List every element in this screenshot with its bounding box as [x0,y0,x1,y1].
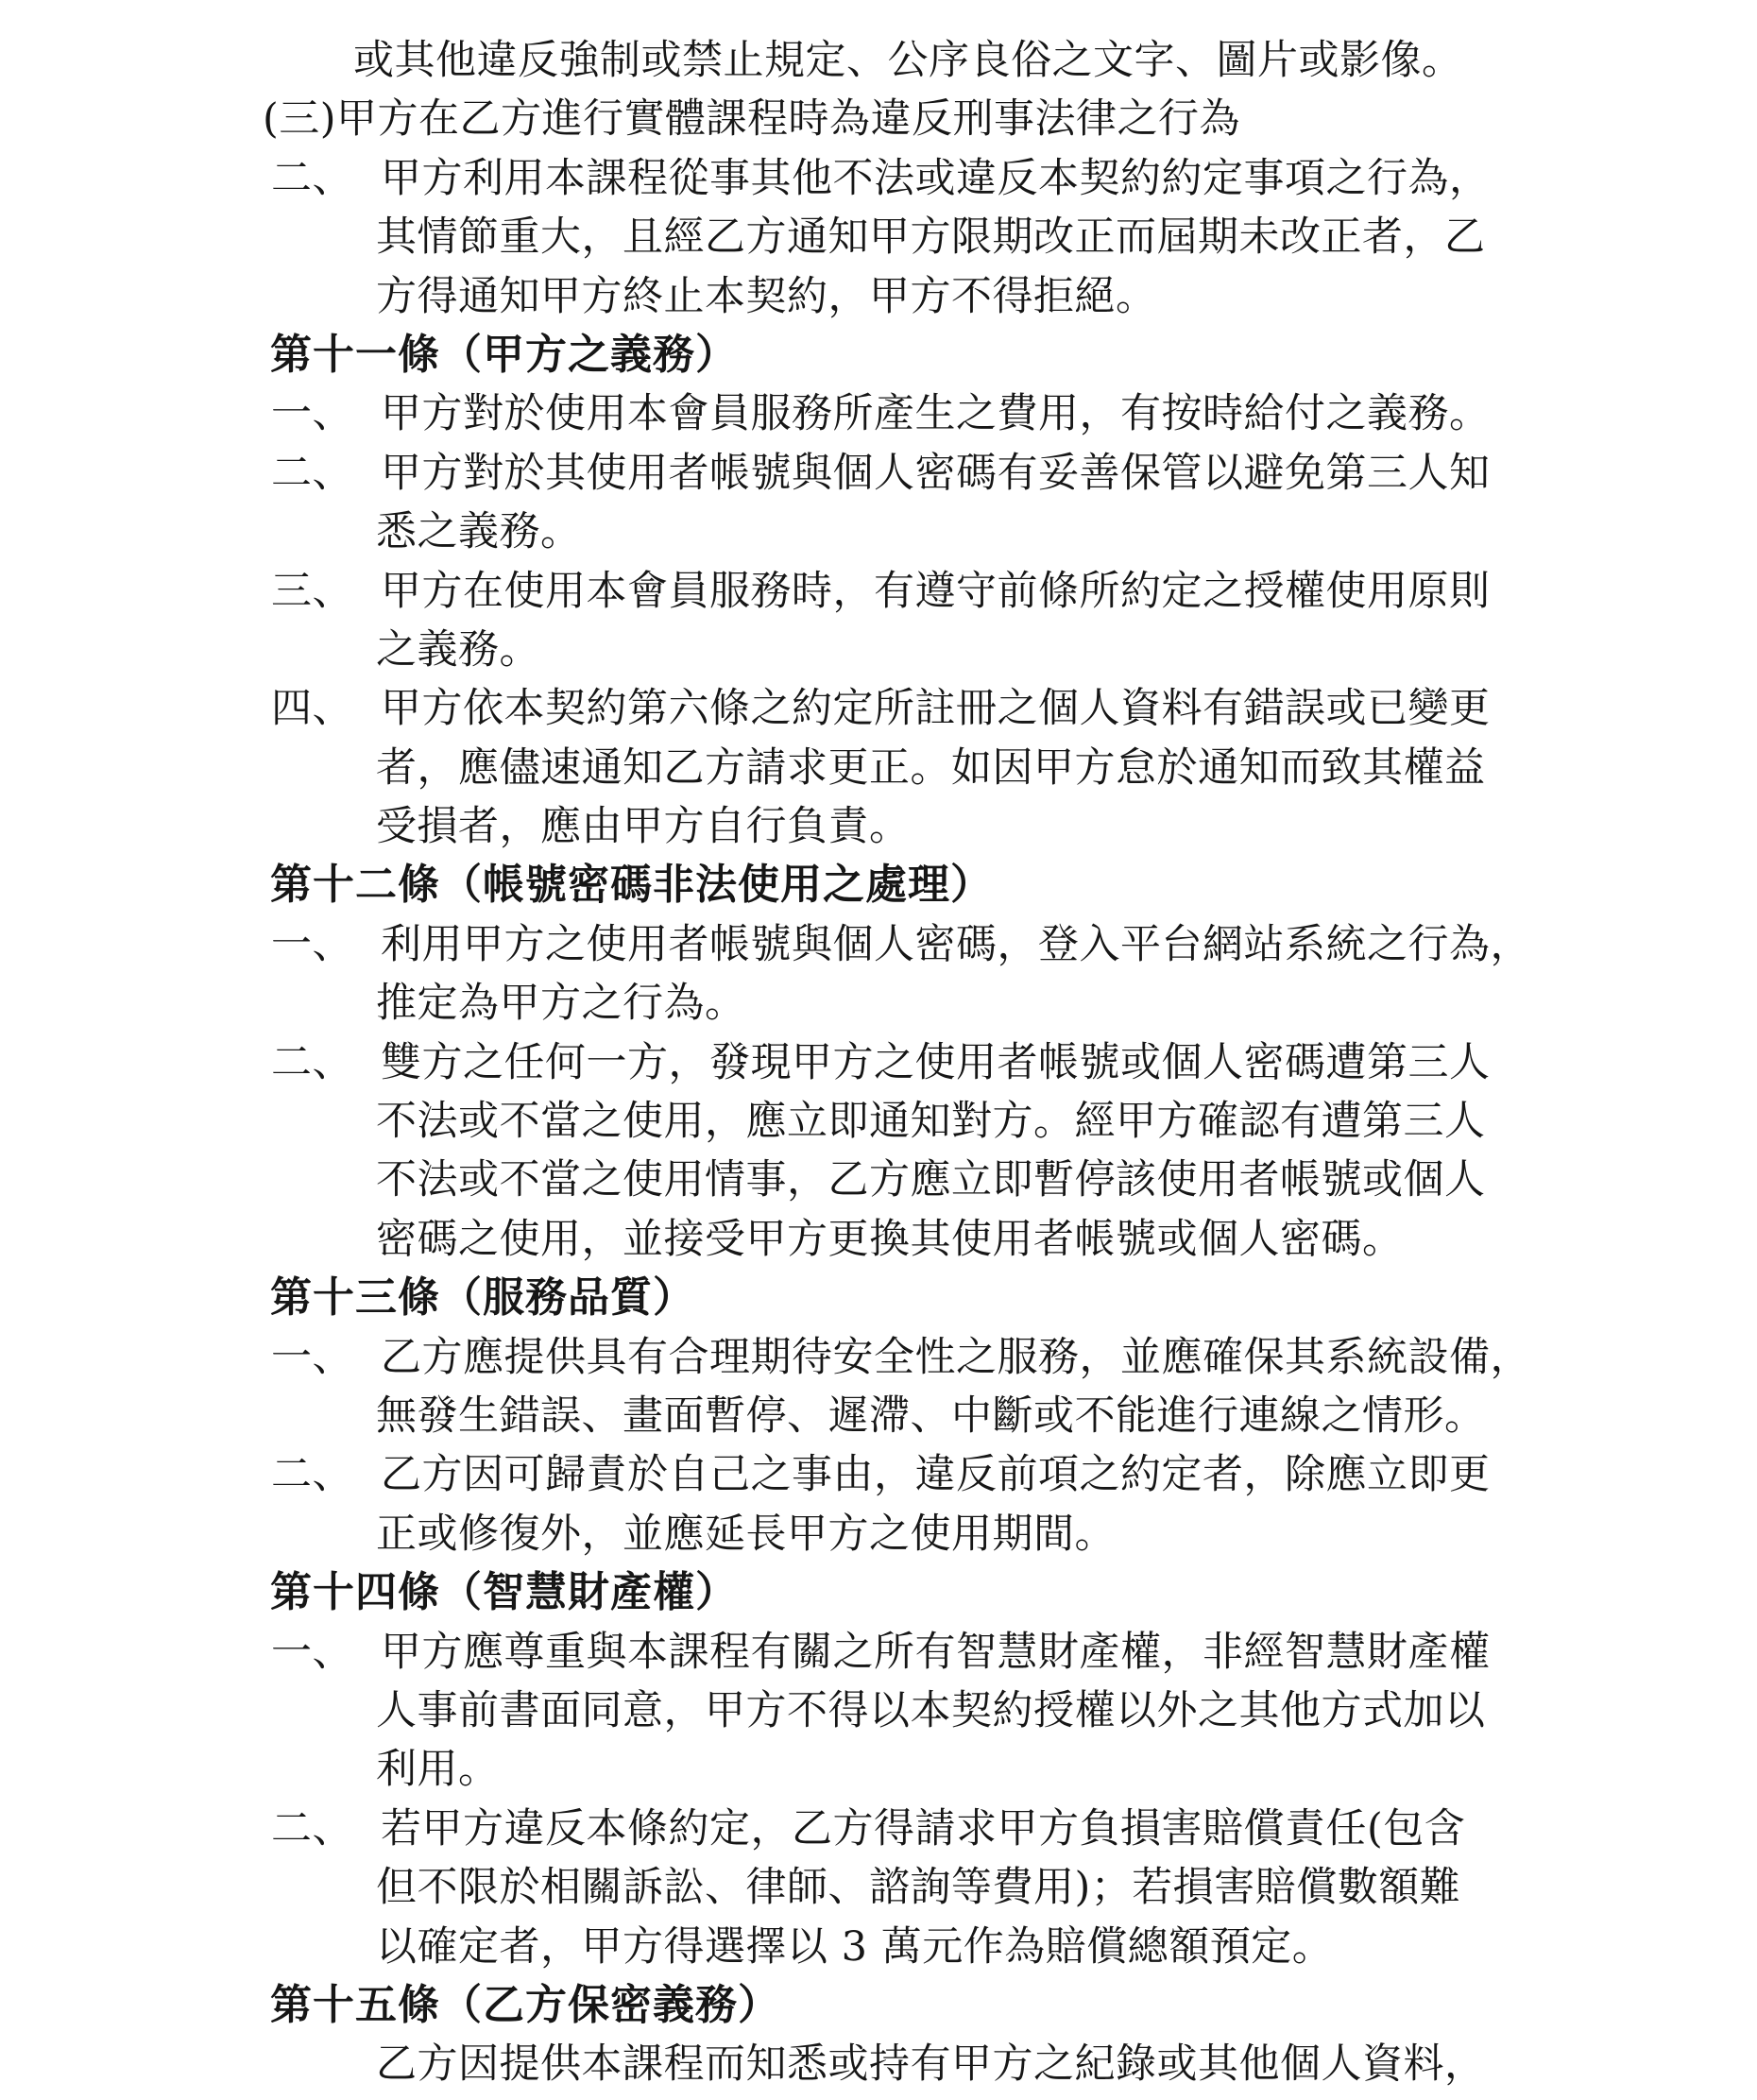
line-text: 若甲方違反本條約定，乙方得請求甲方負損害賠償責任(包含 [381,1805,1465,1852]
article-heading-11: 第十一條（甲方之義務） [0,326,1757,384]
list-number: 一、 [271,1328,353,1387]
document-page: 或其他違反強制或禁止規定、公序良俗之文字、圖片或影像。 (三)甲方在乙方進行實體… [0,0,1757,2100]
list-number: 二、 [271,1033,353,1092]
list-item-line: 一、 甲方對於使用本會員服務所產生之費用，有按時給付之義務。 [0,384,1757,443]
list-item-line: 二、 甲方利用本課程從事其他不法或違反本契約約定事項之行為， [0,149,1757,208]
line-text: 甲方對於其使用者帳號與個人密碼有妥善保管以避免第三人知 [381,450,1491,497]
list-item-line: 二、 甲方對於其使用者帳號與個人密碼有妥善保管以避免第三人知 [0,444,1757,503]
line-text: 甲方應尊重與本課程有關之所有智慧財產權，非經智慧財產權 [381,1629,1491,1676]
list-number: 四、 [271,679,353,738]
line-text: 甲方利用本課程從事其他不法或違反本契約約定事項之行為， [381,155,1491,202]
contract-text-line: 無發生錯誤、畫面暫停、遲滯、中斷或不能進行連線之情形。 [0,1387,1757,1445]
contract-text-line: 利用。 [0,1740,1757,1799]
contract-text-line: 其情節重大，且經乙方通知甲方限期改正而屆期未改正者，乙 [0,208,1757,266]
list-number: 二、 [271,149,353,208]
list-item-line: 二、 雙方之任何一方，發現甲方之使用者帳號或個人密碼遭第三人 [0,1033,1757,1092]
contract-text-line: 方得通知甲方終止本契約，甲方不得拒絕。 [0,267,1757,326]
contract-text-line: 受損者，應由甲方自行負責。 [0,797,1757,856]
list-item-line: 二、 乙方因可歸責於自己之事由，違反前項之約定者，除應立即更 [0,1445,1757,1504]
list-item-line: 一、 甲方應尊重與本課程有關之所有智慧財產權，非經智慧財產權 [0,1623,1757,1682]
line-text: 甲方在使用本會員服務時，有遵守前條所約定之授權使用原則 [381,568,1491,615]
contract-text-line: 或其他違反強制或禁止規定、公序良俗之文字、圖片或影像。 [0,31,1757,90]
line-text: 利用甲方之使用者帳號與個人密碼，登入平台網站系統之行為， [381,921,1531,968]
list-item-line: 四、 甲方依本契約第六條之約定所註冊之個人資料有錯誤或已變更 [0,679,1757,738]
contract-text-line: 正或修復外，並應延長甲方之使用期間。 [0,1505,1757,1563]
line-text: 乙方因可歸責於自己之事由，違反前項之約定者，除應立即更 [381,1451,1491,1498]
contract-text-line: 不法或不當之使用情事，乙方應立即暫停該使用者帳號或個人 [0,1151,1757,1209]
contract-text-line: 之義務。 [0,621,1757,679]
contract-text-line: 悉之義務。 [0,503,1757,561]
contract-text-line: 以確定者，甲方得選擇以 3 萬元作為賠償總額預定。 [0,1918,1757,1976]
line-text: 乙方應提供具有合理期待安全性之服務，並應確保其系統設備， [381,1334,1531,1381]
contract-text-line: 但不限於相關訴訟、律師、諮詢等費用)；若損害賠償數額難 [0,1858,1757,1917]
list-item-line: 三、 甲方在使用本會員服務時，有遵守前條所約定之授權使用原則 [0,562,1757,621]
list-item-line: 二、 若甲方違反本條約定，乙方得請求甲方負損害賠償責任(包含 [0,1800,1757,1858]
article-heading-15: 第十五條（乙方保密義務） [0,1976,1757,2035]
article-heading-13: 第十三條（服務品質） [0,1269,1757,1327]
article-heading-14: 第十四條（智慧財產權） [0,1563,1757,1622]
contract-text-line: 者，應儘速通知乙方請求更正。如因甲方怠於通知而致其權益 [0,739,1757,797]
line-text: 雙方之任何一方，發現甲方之使用者帳號或個人密碼遭第三人 [381,1039,1491,1086]
line-text: 甲方依本契約第六條之約定所註冊之個人資料有錯誤或已變更 [381,685,1491,732]
list-number: 二、 [271,444,353,503]
list-number: 一、 [271,1623,353,1682]
list-number: 一、 [271,384,353,443]
list-number: 二、 [271,1445,353,1504]
contract-text-line: 密碼之使用，並接受甲方更換其使用者帳號或個人密碼。 [0,1210,1757,1269]
contract-text-line: 人事前書面同意，甲方不得以本契約授權以外之其他方式加以 [0,1682,1757,1740]
list-number: 三、 [271,562,353,621]
contract-text-line: 不法或不當之使用，應立即通知對方。經甲方確認有遭第三人 [0,1092,1757,1151]
contract-text-line: 乙方因提供本課程而知悉或持有甲方之紀錄或其他個人資料， [0,2035,1757,2093]
sub-item-line: (三)甲方在乙方進行實體課程時為違反刑事法律之行為 [0,90,1757,148]
list-item-line: 一、 乙方應提供具有合理期待安全性之服務，並應確保其系統設備， [0,1328,1757,1387]
list-number: 二、 [271,1800,353,1858]
contract-text-line: 推定為甲方之行為。 [0,974,1757,1033]
article-heading-12: 第十二條（帳號密碼非法使用之處理） [0,856,1757,914]
list-number: 一、 [271,915,353,974]
list-item-line: 一、 利用甲方之使用者帳號與個人密碼，登入平台網站系統之行為， [0,915,1757,974]
line-text: 甲方對於使用本會員服務所產生之費用，有按時給付之義務。 [381,390,1491,437]
